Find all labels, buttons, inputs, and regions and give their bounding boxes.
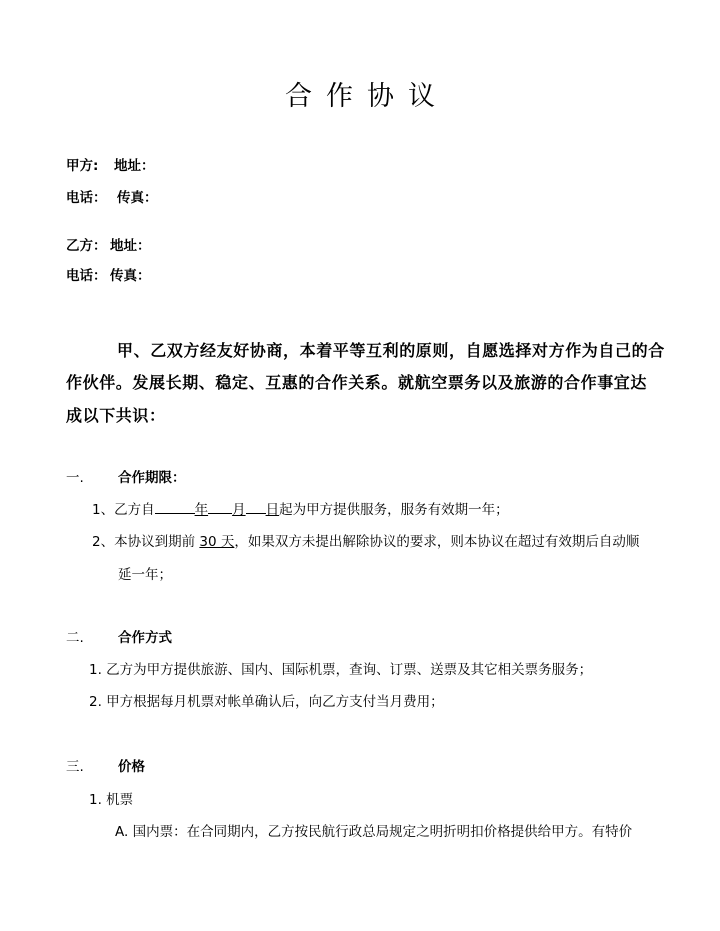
section-3-number: 三. xyxy=(66,755,84,775)
party-b-phone-label: 电话： xyxy=(66,264,107,284)
document-title: 合作协议 xyxy=(0,74,720,113)
intro-line-3: 成以下共识： xyxy=(66,403,166,426)
party-a-fax-label: 传真： xyxy=(117,186,158,206)
section-1-item-2: 2、本协议到期前 30 天，如果双方未提出解除协议的要求，则本协议在超过有效期后… xyxy=(92,530,639,550)
section-1-number: 一. xyxy=(66,466,84,486)
section-1-item-1: 1、乙方自年月日起为甲方提供服务，服务有效期一年； xyxy=(92,498,509,518)
notice-days: 30 天 xyxy=(199,534,234,550)
month-label: 月 xyxy=(232,502,246,518)
section-3-item-1: 1. 机票 xyxy=(89,788,133,808)
section-3-item-1a: A. 国内票：在合同期内，乙方按民航行政总局规定之明折明扣价格提供给甲方。有特价 xyxy=(115,820,632,840)
party-a-label: 甲方: xyxy=(66,154,98,174)
party-a-phone-label: 电话： xyxy=(66,186,107,206)
party-b-address-label: 地址： xyxy=(110,234,151,254)
party-b-fax-label: 传真： xyxy=(110,264,151,284)
item-1-prefix: 1、乙方自 xyxy=(92,502,155,518)
year-label: 年 xyxy=(195,502,209,518)
item-2-prefix: 2、本协议到期前 xyxy=(92,534,199,550)
start-month-blank[interactable] xyxy=(208,498,232,514)
item-2-suffix: ，如果双方未提出解除协议的要求，则本协议在超过有效期后自动顺 xyxy=(234,534,639,550)
intro-line-2: 作伙伴。发展长期、稳定、互惠的合作关系。就航空票务以及旅游的合作事宜达 xyxy=(66,370,647,393)
section-2-number: 二. xyxy=(66,626,84,646)
section-2-item-2: 2. 甲方根据每月机票对帐单确认后，向乙方支付当月费用； xyxy=(89,690,444,710)
section-3-heading: 价格 xyxy=(118,755,145,775)
item-1-suffix: 起为甲方提供服务，服务有效期一年； xyxy=(279,502,509,518)
section-2-heading: 合作方式 xyxy=(118,626,172,646)
section-1-item-2-continuation: 延一年； xyxy=(118,563,172,583)
party-a-address-label: 地址： xyxy=(114,154,155,174)
section-2-item-1: 1. 乙方为甲方提供旅游、国内、国际机票，查询、订票、送票及其它相关票务服务； xyxy=(89,658,592,678)
party-b-label: 乙方： xyxy=(66,234,107,254)
start-year-blank[interactable] xyxy=(155,498,195,514)
section-1-heading: 合作期限： xyxy=(118,466,186,486)
day-label: 日 xyxy=(266,502,280,518)
start-day-blank[interactable] xyxy=(246,498,266,514)
intro-line-1: 甲、乙双方经友好协商，本着平等互利的原则，自愿选择对方作为自己的合 xyxy=(117,338,665,361)
